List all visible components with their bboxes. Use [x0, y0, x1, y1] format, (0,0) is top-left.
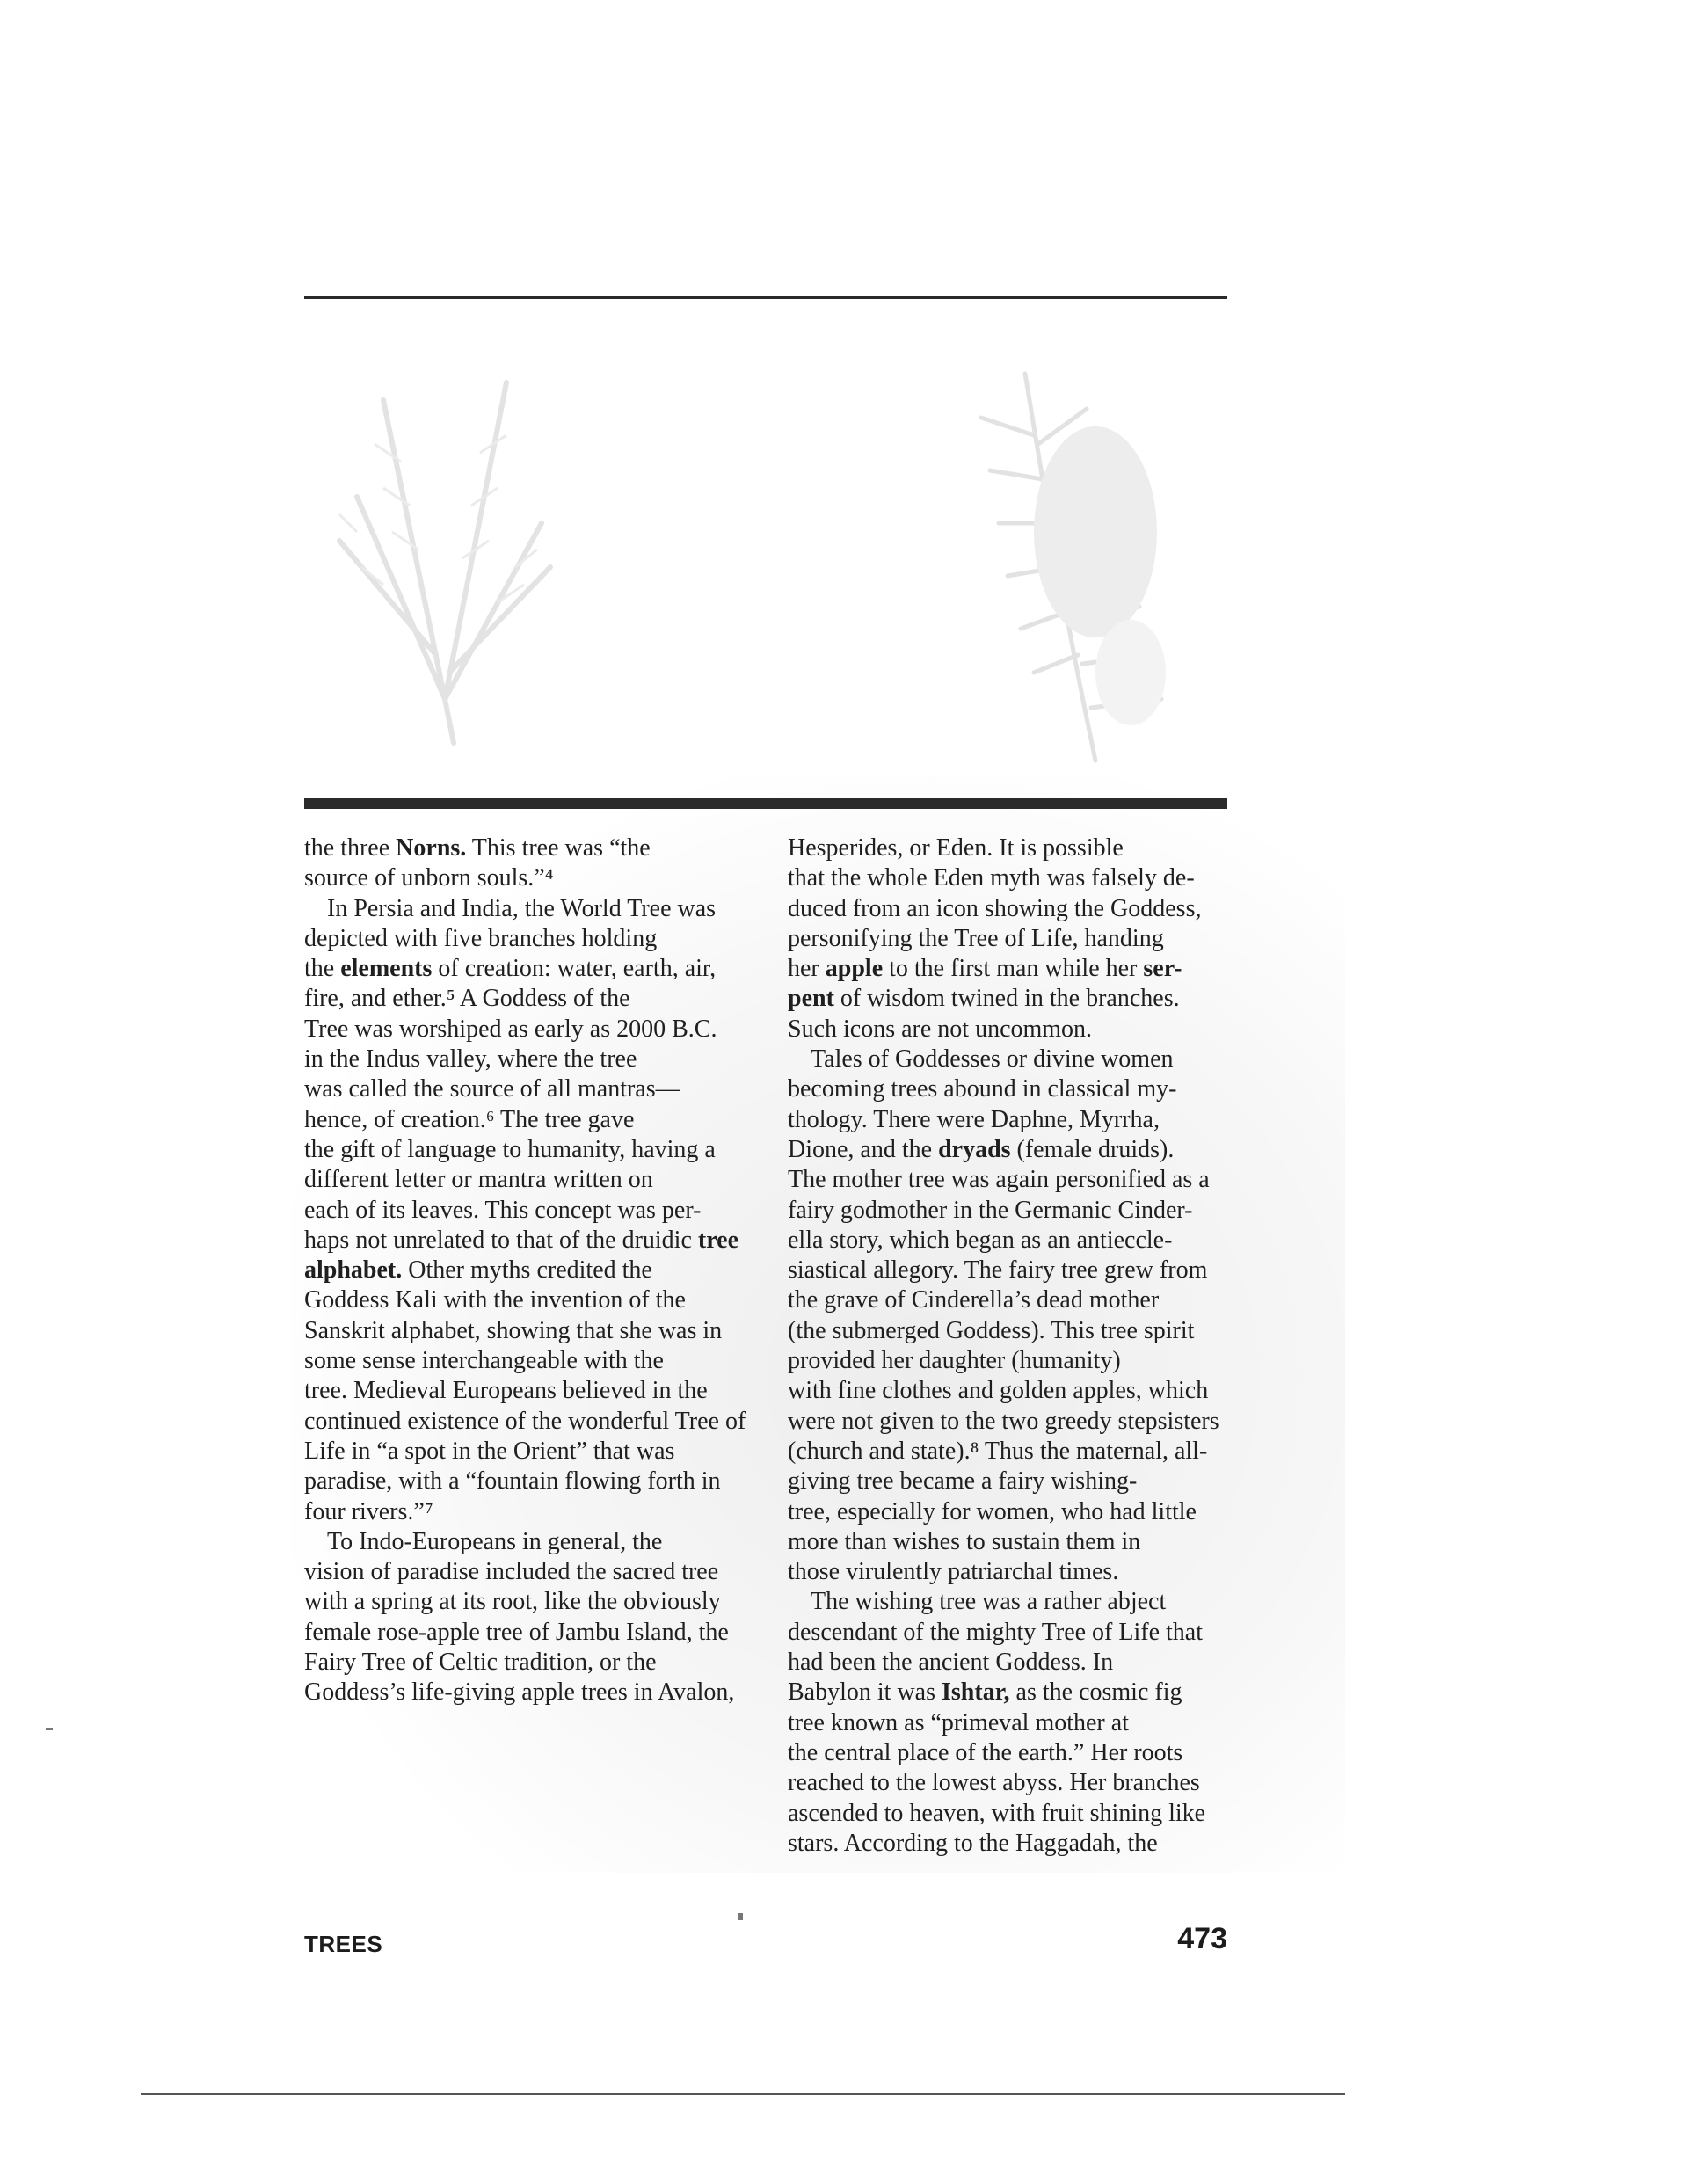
- text-line: Tree was worshiped as early as 2000 B.C.: [304, 1015, 744, 1045]
- botanical-branch-icon: [304, 303, 1227, 796]
- text-line: the gift of language to humanity, having…: [304, 1135, 744, 1165]
- text-line: Fairy Tree of Celtic tradition, or the: [304, 1648, 744, 1678]
- text-line: The wishing tree was a rather abject: [788, 1587, 1227, 1617]
- text-line: haps not unrelated to that of the druidi…: [304, 1226, 744, 1256]
- text-line: Life in “a spot in the Orient” that was: [304, 1437, 744, 1467]
- text-line: personifying the Tree of Life, handing: [788, 924, 1227, 954]
- text-line: the grave of Cinderella’s dead mother: [788, 1285, 1227, 1315]
- cross-reference-term: pent: [788, 985, 834, 1012]
- text-line: tree known as “primeval mother at: [788, 1708, 1227, 1738]
- bottom-scan-edge: [141, 2093, 1345, 2095]
- text-line: her apple to the first man while her ser…: [788, 954, 1227, 984]
- text-line: stars. According to the Haggadah, the: [788, 1829, 1227, 1859]
- paragraph: In Persia and India, the World Tree wasd…: [304, 894, 744, 1527]
- text-line: duced from an icon showing the Goddess,: [788, 894, 1227, 924]
- text-line: that the whole Eden myth was falsely de-: [788, 863, 1227, 893]
- text-line: reached to the lowest abyss. Her branche…: [788, 1768, 1227, 1798]
- paragraph: the three Norns. This tree was “thesourc…: [304, 834, 744, 894]
- text-line: fairy godmother in the Germanic Cinder-: [788, 1196, 1227, 1226]
- text-line: To Indo-Europeans in general, the: [304, 1527, 744, 1557]
- text-line: ascended to heaven, with fruit shining l…: [788, 1799, 1227, 1829]
- cross-reference-term: elements: [340, 955, 432, 982]
- text-line: pent of wisdom twined in the branches.: [788, 984, 1227, 1014]
- text-line: each of its leaves. This concept was per…: [304, 1196, 744, 1226]
- text-line: giving tree became a fairy wishing-: [788, 1467, 1227, 1496]
- text-line: Such icons are not uncommon.: [788, 1015, 1227, 1045]
- text-line: Hesperides, or Eden. It is possible: [788, 834, 1227, 863]
- paragraph: The wishing tree was a rather abjectdesc…: [788, 1587, 1227, 1859]
- text-line: those virulently patriarchal times.: [788, 1557, 1227, 1587]
- top-rule: [304, 296, 1227, 299]
- text-line: thology. There were Daphne, Myrrha,: [788, 1105, 1227, 1135]
- text-line: vision of paradise included the sacred t…: [304, 1557, 744, 1587]
- text-line: alphabet. Other myths credited the: [304, 1256, 744, 1285]
- text-line: becoming trees abound in classical my-: [788, 1074, 1227, 1104]
- text-line: female rose-apple tree of Jambu Island, …: [304, 1618, 744, 1648]
- text-line: had been the ancient Goddess. In: [788, 1648, 1227, 1678]
- text-line: four rivers.”⁷: [304, 1497, 744, 1527]
- cross-reference-term: alphabet.: [304, 1256, 402, 1284]
- cross-reference-term: ser-: [1143, 955, 1182, 982]
- text-line: continued existence of the wonderful Tre…: [304, 1407, 744, 1437]
- running-footer: TREES: [304, 1931, 382, 1958]
- cross-reference-term: apple: [826, 955, 883, 982]
- text-line: fire, and ether.⁵ A Goddess of the: [304, 984, 744, 1014]
- text-line: in the Indus valley, where the tree: [304, 1045, 744, 1074]
- scan-speck: [738, 1913, 743, 1920]
- right-column: Hesperides, or Eden. It is possiblethat …: [788, 834, 1227, 1859]
- text-line: (church and state).⁸ Thus the maternal, …: [788, 1437, 1227, 1467]
- body-columns: the three Norns. This tree was “thesourc…: [304, 834, 1227, 1859]
- left-column: the three Norns. This tree was “thesourc…: [304, 834, 744, 1859]
- illustration-area: [304, 303, 1227, 796]
- text-line: with a spring at its root, like the obvi…: [304, 1587, 744, 1617]
- text-line: Babylon it was Ishtar, as the cosmic fig: [788, 1678, 1227, 1707]
- paragraph: Tales of Goddesses or divine womenbecomi…: [788, 1045, 1227, 1587]
- paragraph: To Indo-Europeans in general, thevision …: [304, 1527, 744, 1708]
- text-line: provided her daughter (humanity): [788, 1346, 1227, 1376]
- paragraph: Hesperides, or Eden. It is possiblethat …: [788, 834, 1227, 1045]
- text-line: source of unborn souls.”⁴: [304, 863, 744, 893]
- scan-speck: [46, 1728, 53, 1730]
- page-number: 473: [1169, 1922, 1227, 1956]
- text-line: the three Norns. This tree was “the: [304, 834, 744, 863]
- text-line: siastical allegory. The fairy tree grew …: [788, 1256, 1227, 1285]
- text-line: descendant of the mighty Tree of Life th…: [788, 1618, 1227, 1648]
- text-line: depicted with five branches holding: [304, 924, 744, 954]
- text-line: Sanskrit alphabet, showing that she was …: [304, 1316, 744, 1346]
- text-line: Dione, and the dryads (female druids).: [788, 1135, 1227, 1165]
- text-line: In Persia and India, the World Tree was: [304, 894, 744, 924]
- text-line: Goddess’s life-giving apple trees in Ava…: [304, 1678, 744, 1707]
- text-line: paradise, with a “fountain flowing forth…: [304, 1467, 744, 1496]
- section-divider-rule: [304, 798, 1227, 809]
- text-line: was called the source of all mantras—: [304, 1074, 744, 1104]
- cross-reference-term: Ishtar,: [942, 1678, 1010, 1706]
- text-line: with fine clothes and golden apples, whi…: [788, 1376, 1227, 1406]
- text-line: The mother tree was again personified as…: [788, 1165, 1227, 1195]
- text-line: tree. Medieval Europeans believed in the: [304, 1376, 744, 1406]
- text-line: Goddess Kali with the invention of the: [304, 1285, 744, 1315]
- text-line: different letter or mantra written on: [304, 1165, 744, 1195]
- text-line: some sense interchangeable with the: [304, 1346, 744, 1376]
- text-line: hence, of creation.⁶ The tree gave: [304, 1105, 744, 1135]
- cross-reference-term: Norns.: [396, 834, 466, 862]
- text-line: the elements of creation: water, earth, …: [304, 954, 744, 984]
- text-line: ella story, which began as an antieccle-: [788, 1226, 1227, 1256]
- text-line: were not given to the two greedy stepsis…: [788, 1407, 1227, 1437]
- text-line: Tales of Goddesses or divine women: [788, 1045, 1227, 1074]
- cross-reference-term: dryads: [938, 1136, 1010, 1163]
- text-line: more than wishes to sustain them in: [788, 1527, 1227, 1557]
- text-line: tree, especially for women, who had litt…: [788, 1497, 1227, 1527]
- text-line: the central place of the earth.” Her roo…: [788, 1738, 1227, 1768]
- cross-reference-term: tree: [698, 1227, 738, 1254]
- text-line: (the submerged Goddess). This tree spiri…: [788, 1316, 1227, 1346]
